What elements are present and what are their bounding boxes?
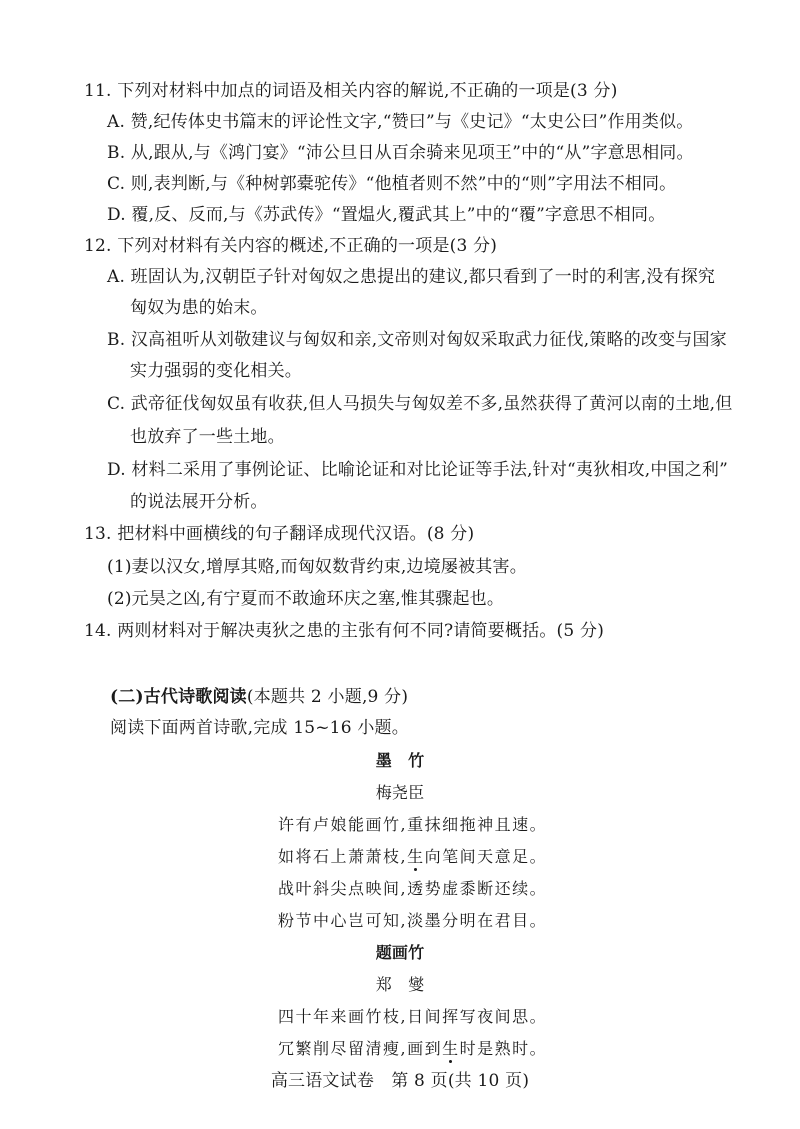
- question-13-item-2: (2)元昊之凶,有宁夏而不敢逾环庆之塞,惟其骤起也。: [107, 588, 504, 610]
- question-11-option-d: D. 覆,反、反而,与《苏武传》“置煴火,覆武其上”中的“覆”字意思不相同。: [107, 204, 665, 226]
- question-12-option-b-cont: 实力强弱的变化相关。: [130, 360, 302, 382]
- question-14-stem: 14. 两则材料对于解决夷狄之患的主张有何不同?请简要概括。(5 分): [84, 620, 604, 642]
- section-intro: 阅读下面两首诗歌,完成 15~16 小题。: [110, 717, 409, 739]
- poem-2-title: 题画竹: [0, 942, 800, 964]
- question-12-option-c-cont: 也放弃了一些土地。: [130, 426, 285, 448]
- poem-2-line-2: 冗繁削尽留清瘦,画到生时是熟时。: [278, 1038, 547, 1060]
- poem-1-line-4: 粉节中心岂可知,淡墨分明在君目。: [278, 910, 547, 932]
- question-13-item-1: (1)妻以汉女,增厚其赂,而匈奴数背约束,边境屡被其害。: [107, 556, 527, 578]
- question-12-option-a: A. 班固认为,汉朝臣子针对匈奴之患提出的建议,都只看到了一时的利害,没有探究: [107, 266, 715, 288]
- poem-1-author: 梅尧臣: [0, 782, 800, 804]
- section-title: (二)古代诗歌阅读: [110, 687, 247, 707]
- page-footer: 高三语文试卷 第 8 页(共 10 页): [0, 1070, 800, 1092]
- emphasis-dot-char: 生: [442, 1039, 460, 1058]
- question-12-option-d-cont: 的说法展开分析。: [130, 491, 268, 513]
- question-12-option-a-cont: 匈奴为患的始末。: [130, 297, 268, 319]
- poem-2-author: 郑 燮: [0, 974, 800, 996]
- question-13-stem: 13. 把材料中画横线的句子翻译成现代汉语。(8 分): [84, 523, 474, 545]
- section-note: (本题共 2 小题,9 分): [247, 687, 408, 707]
- exam-page: 11. 下列对材料中加点的词语及相关内容的解说,不正确的一项是(3 分) A. …: [0, 0, 800, 1129]
- poem-1-line-1: 许有卢娘能画竹,重抹细拖神且速。: [278, 814, 547, 836]
- question-12-option-d: D. 材料二采用了事例论证、比喻论证和对比论证等手法,针对“夷狄相攻,中国之利”: [107, 459, 728, 481]
- poem-1-title: 墨 竹: [0, 750, 800, 772]
- question-12-option-b: B. 汉高祖听从刘敬建议与匈奴和亲,文帝则对匈奴采取武力征伐,策略的改变与国家: [107, 329, 727, 351]
- poem-2-line-1: 四十年来画竹枝,日间挥写夜间思。: [278, 1006, 547, 1028]
- section-heading: (二)古代诗歌阅读(本题共 2 小题,9 分): [110, 686, 408, 708]
- emphasis-dot-char: 生: [407, 847, 425, 866]
- question-11-option-a: A. 赞,纪传体史书篇末的评论性文字,“赞曰”与《史记》“太史公曰”作用类似。: [107, 111, 693, 133]
- question-12-stem: 12. 下列对材料有关内容的概述,不正确的一项是(3 分): [84, 235, 497, 257]
- question-12-option-c: C. 武帝征伐匈奴虽有收获,但人马损失与匈奴差不多,虽然获得了黄河以南的土地,但: [107, 393, 732, 415]
- poem-1-line-2: 如将石上萧萧枝,生向笔间天意足。: [278, 846, 547, 868]
- question-11-stem: 11. 下列对材料中加点的词语及相关内容的解说,不正确的一项是(3 分): [84, 80, 618, 102]
- question-11-option-c: C. 则,表判断,与《种树郭橐驼传》“他植者则不然”中的“则”字用法不相同。: [107, 173, 676, 195]
- poem-1-line-3: 战叶斜尖点映间,透势虚黍断还续。: [278, 878, 547, 900]
- question-11-option-b: B. 从,跟从,与《鸿门宴》“沛公旦日从百余骑来见项王”中的“从”字意思相同。: [107, 142, 694, 164]
